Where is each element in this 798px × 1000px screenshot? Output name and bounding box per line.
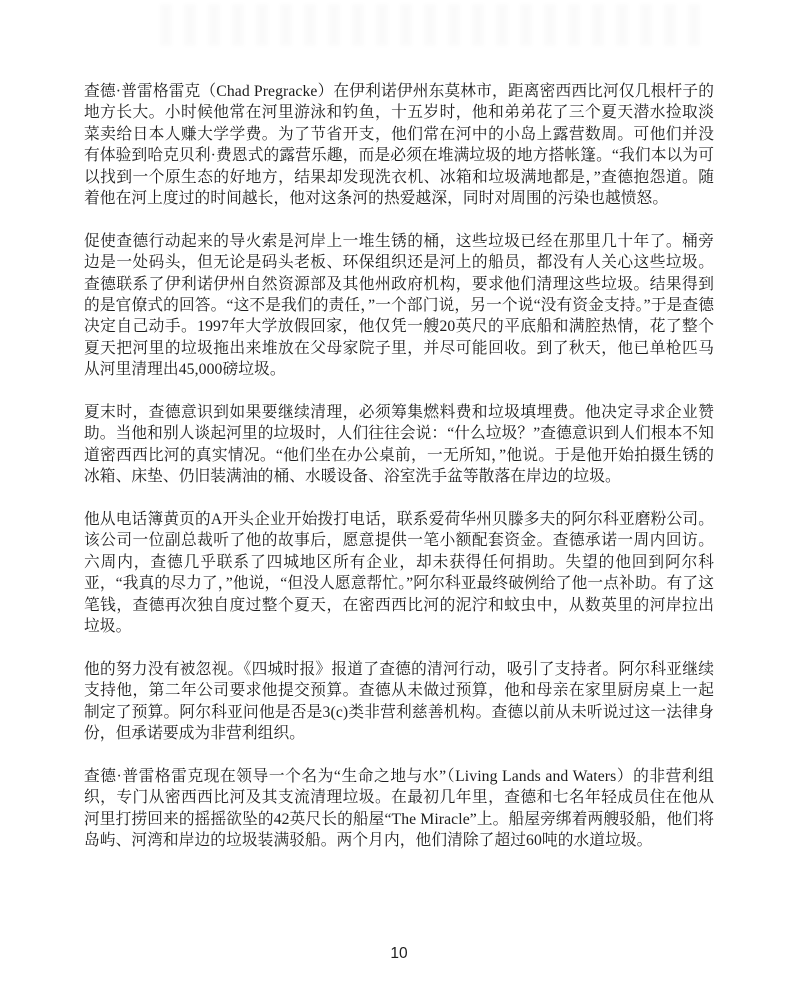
page-number: 10 xyxy=(0,945,798,963)
paragraph-5: 他的努力没有被忽视。《四城时报》报道了查德的清河行动，吸引了支持者。阿尔科亚继续… xyxy=(84,659,714,745)
paragraph-2: 促使查德行动起来的导火索是河岸上一堆生锈的桶，这些垃圾已经在那里几十年了。桶旁边… xyxy=(84,231,714,381)
document-page: 查德·普雷格雷克（Chad Pregracke）在伊利诺伊州东莫林市，距离密西西… xyxy=(0,0,798,1000)
paragraph-6: 查德·普雷格雷克现在领导一个名为“生命之地与水”（Living Lands an… xyxy=(84,766,714,852)
paragraph-3: 夏末时，查德意识到如果要继续清理，必须筹集燃料费和垃圾填埋费。他决定寻求企业赞助… xyxy=(84,402,714,488)
scan-bleed-artifact xyxy=(160,4,700,46)
document-body: 查德·普雷格雷克（Chad Pregracke）在伊利诺伊州东莫林市，距离密西西… xyxy=(84,81,714,852)
paragraph-1: 查德·普雷格雷克（Chad Pregracke）在伊利诺伊州东莫林市，距离密西西… xyxy=(84,81,714,209)
paragraph-4: 他从电话簿黄页的A开头企业开始拨打电话，联系爱荷华州贝滕多夫的阿尔科亚磨粉公司。… xyxy=(84,509,714,637)
